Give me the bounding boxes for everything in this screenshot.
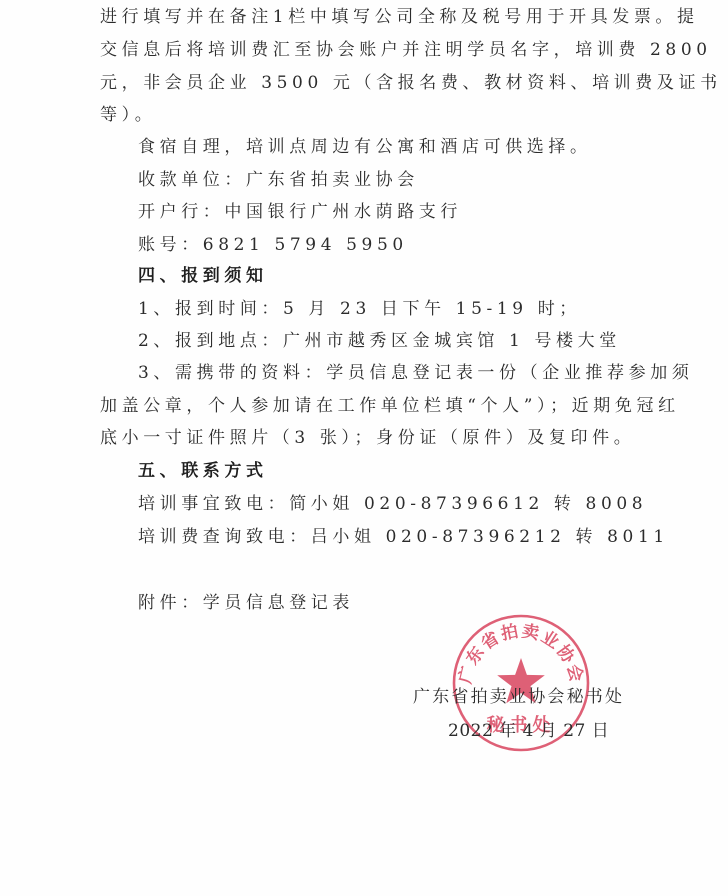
materials-line-3: 底小一寸证件照片（3 张）；身份证（原件）及复印件。 [100,426,630,450]
payment-paragraph-line-1: 进行填写并在备注1栏中填写公司全称及税号用于开具发票。提 [100,5,630,29]
payment-paragraph-line-3: 元，非会员企业 3500 元（含报名费、教材资料、培训费及证书 [100,71,630,95]
registration-time: 1、报到时间：5 月 23 日下午 15-19 时； [138,297,668,321]
contact-fee-inquiry: 培训费查询致电：吕小姐 020-87396212 转 8011 [138,525,668,549]
document-page: 进行填写并在备注1栏中填写公司全称及税号用于开具发票。提 交信息后将培训费汇至协… [0,0,728,896]
section-4-heading: 四、报到须知 [138,264,668,288]
signature-date: 2022 年 4 月 27 日 [448,719,609,743]
contact-training: 培训事宜致电：简小姐 020-87396612 转 8008 [138,492,668,516]
attachment-note: 附件：学员信息登记表 [138,591,668,615]
materials-line-2: 加盖公章，个人参加请在工作单位栏填“个人”）；近期免冠红 [100,394,630,418]
payee-info: 收款单位：广东省拍卖业协会 [138,168,668,192]
payment-paragraph-line-4: 等）。 [100,103,630,127]
signature-organization: 广东省拍卖业协会秘书处 [413,685,624,709]
registration-location: 2、报到地点：广州市越秀区金城宾馆 1 号楼大堂 [138,329,668,353]
accommodation-note: 食宿自理，培训点周边有公寓和酒店可供选择。 [138,135,668,159]
bank-info: 开户行：中国银行广州水荫路支行 [138,200,668,224]
materials-line-1: 3、需携带的资料：学员信息登记表一份（企业推荐参加须 [138,361,668,385]
payment-paragraph-line-2: 交信息后将培训费汇至协会账户并注明学员名字，培训费 2800 [100,38,630,62]
account-number: 账号：6821 5794 5950 [138,233,668,257]
section-5-heading: 五、联系方式 [138,459,668,483]
